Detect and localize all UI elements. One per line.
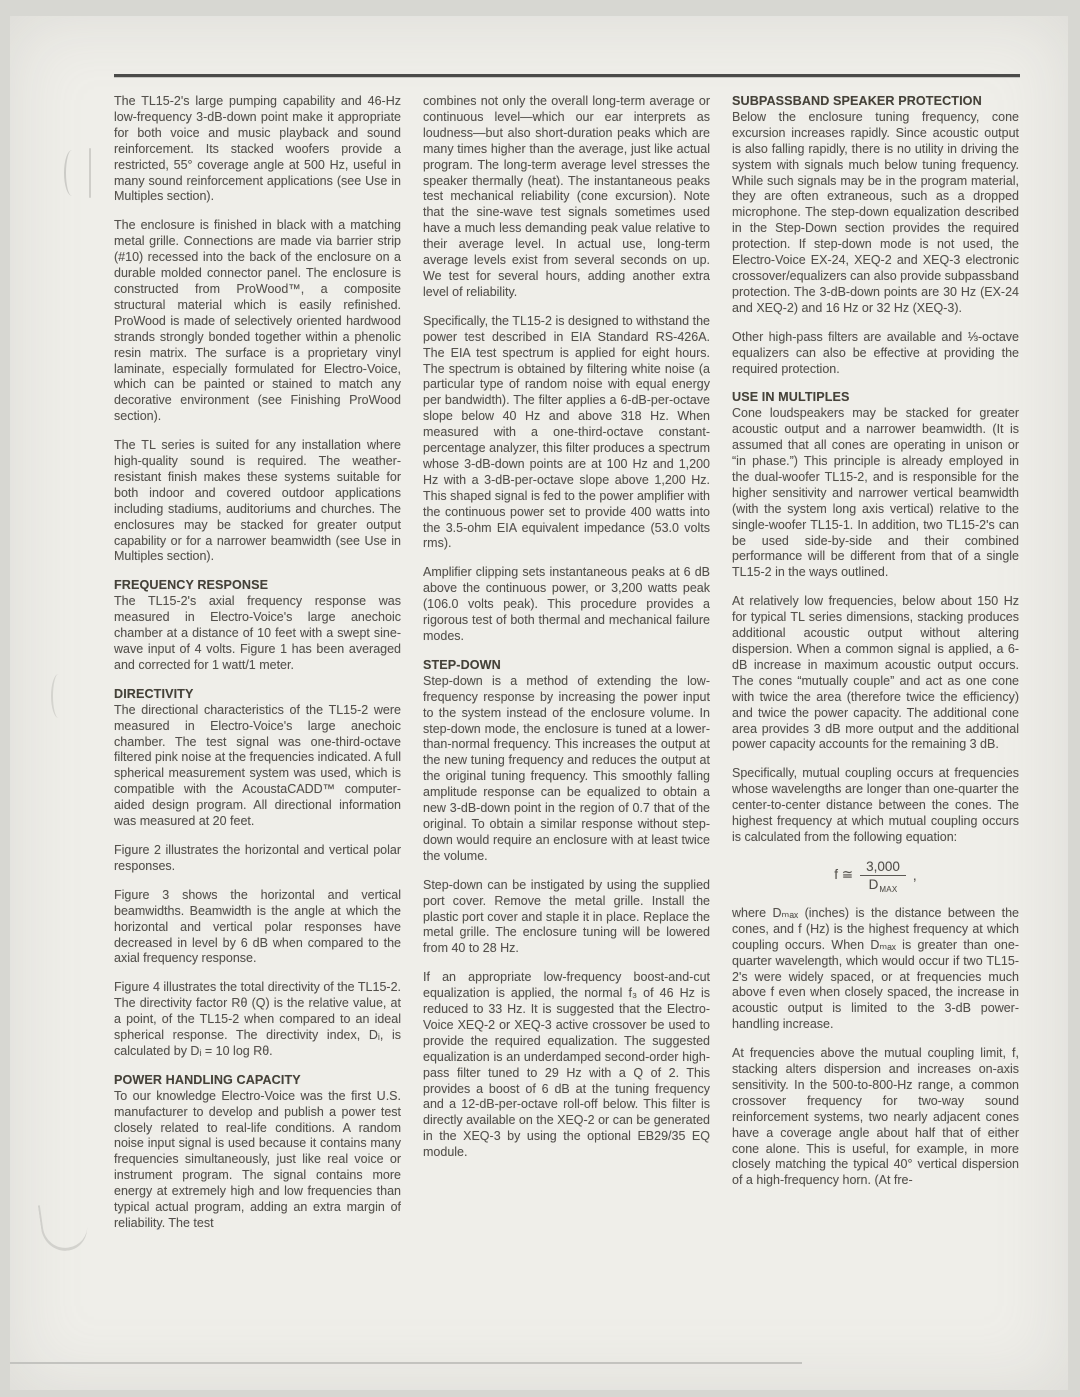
paragraph: Specifically, mutual coupling occurs at …: [732, 766, 1019, 846]
scan-artifact-line: [10, 1362, 802, 1364]
paragraph: The enclosure is finished in black with …: [114, 218, 401, 425]
pencil-mark: [38, 1199, 90, 1254]
equation-denominator: DMAX: [869, 876, 898, 892]
paragraph: combines not only the overall long-term …: [423, 94, 710, 301]
equation-numerator: 3,000: [860, 859, 906, 876]
text-columns: The TL15-2's large pumping capability an…: [114, 94, 1020, 1245]
section-heading-frequency-response: FREQUENCY RESPONSE: [114, 578, 401, 594]
paragraph: Below the enclosure tuning frequency, co…: [732, 110, 1019, 317]
equation-suffix: ,: [913, 868, 917, 883]
paragraph: where Dₘₐₓ (inches) is the distance betw…: [732, 906, 1019, 1033]
paragraph: The TL15-2's axial frequency response wa…: [114, 594, 401, 674]
column-right: SUBPASSBAND SPEAKER PROTECTION Below the…: [732, 94, 1019, 1245]
paragraph: Step-down can be instigated by using the…: [423, 878, 710, 958]
scanned-document-page: The TL15-2's large pumping capability an…: [10, 16, 1069, 1390]
paragraph: To our knowledge Electro-Voice was the f…: [114, 1089, 401, 1232]
section-heading-directivity: DIRECTIVITY: [114, 687, 401, 703]
paragraph: Amplifier clipping sets instantaneous pe…: [423, 565, 710, 645]
document-content: The TL15-2's large pumping capability an…: [114, 74, 1020, 1245]
paragraph: The TL15-2's large pumping capability an…: [114, 94, 401, 205]
equation-variable: f ≅: [834, 867, 853, 883]
paragraph: The directional characteristics of the T…: [114, 703, 401, 830]
section-heading-step-down: STEP-DOWN: [423, 658, 710, 674]
equation-fraction: 3,000 DMAX: [860, 859, 906, 892]
pencil-mark: [89, 148, 91, 198]
paragraph: Cone loudspeakers may be stacked for gre…: [732, 406, 1019, 581]
section-heading-subpassband-speaker-protection: SUBPASSBAND SPEAKER PROTECTION: [732, 94, 1019, 110]
column-middle: combines not only the overall long-term …: [423, 94, 710, 1245]
equation-denominator-base: D: [869, 877, 879, 892]
pencil-mark: [51, 674, 66, 718]
paragraph: The TL series is suited for any installa…: [114, 438, 401, 565]
paragraph: At relatively low frequencies, below abo…: [732, 594, 1019, 753]
mutual-coupling-equation: f ≅ 3,000 DMAX ,: [732, 859, 1019, 892]
paragraph: Figure 4 illustrates the total directivi…: [114, 980, 401, 1060]
paragraph: Step-down is a method of extending the l…: [423, 674, 710, 865]
paragraph: Specifically, the TL15-2 is designed to …: [423, 314, 710, 553]
column-left: The TL15-2's large pumping capability an…: [114, 94, 401, 1245]
pencil-mark: [64, 150, 80, 196]
paragraph: Other high-pass filters are available an…: [732, 330, 1019, 378]
section-heading-use-in-multiples: USE IN MULTIPLES: [732, 390, 1019, 406]
section-heading-power-handling-capacity: POWER HANDLING CAPACITY: [114, 1073, 401, 1089]
paragraph: At frequencies above the mutual coupling…: [732, 1046, 1019, 1189]
top-rule: [114, 74, 1020, 77]
paragraph: Figure 2 illustrates the horizontal and …: [114, 843, 401, 875]
equation-denominator-subscript: MAX: [879, 885, 897, 894]
paragraph: If an appropriate low-frequency boost-an…: [423, 970, 710, 1161]
paragraph: Figure 3 shows the horizontal and vertic…: [114, 888, 401, 968]
